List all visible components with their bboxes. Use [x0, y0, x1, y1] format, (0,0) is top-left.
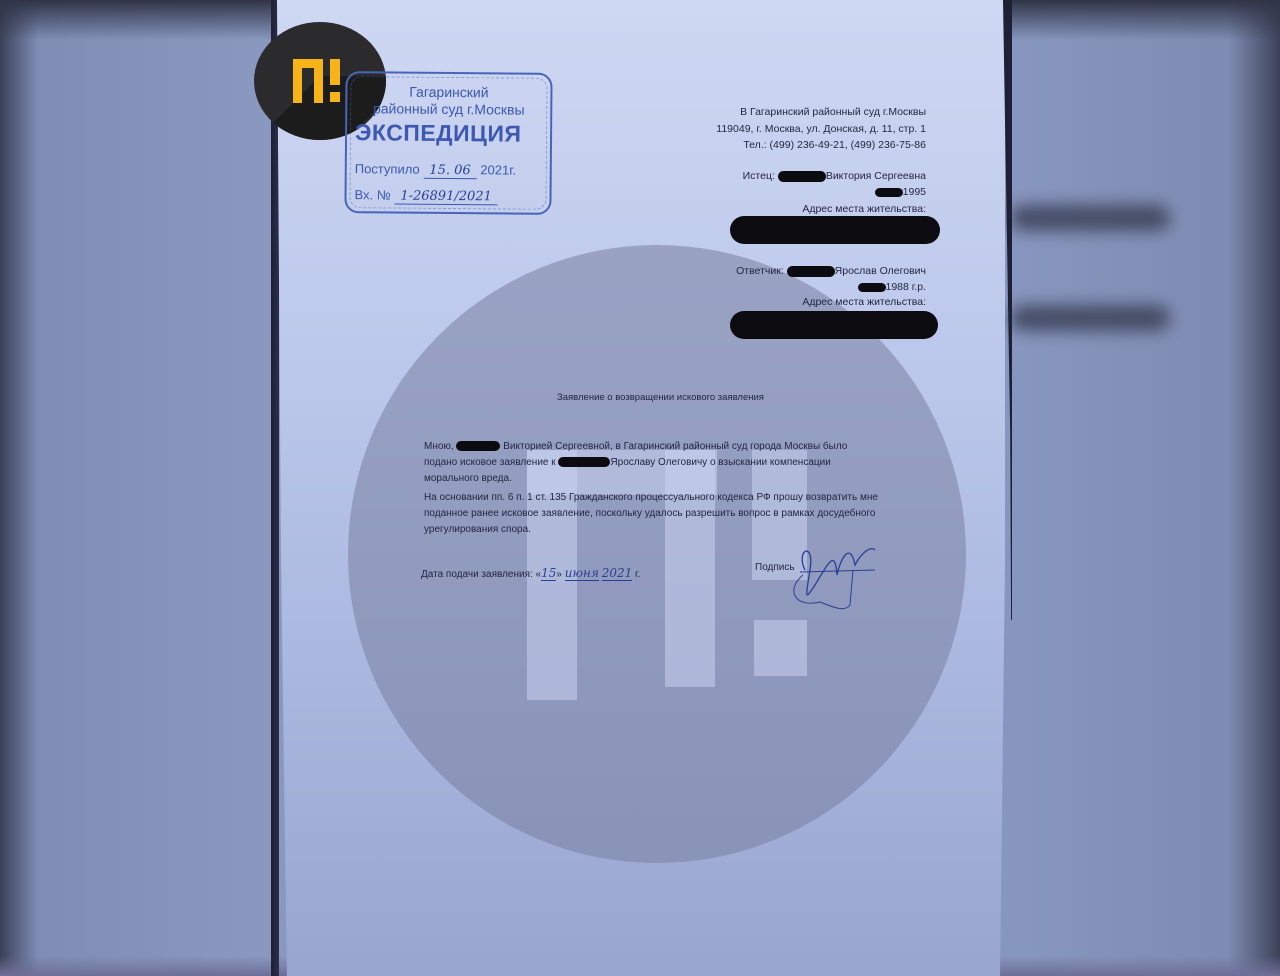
stamp-title: ЭКСПЕДИЦИЯ [355, 119, 522, 147]
paragraph-1: Мною, Викторией Сергеевной, в Гагарински… [424, 439, 914, 487]
stamp-incoming-row: Вх. № 1-26891/2021 [354, 187, 497, 204]
addressee-court: В Гагаринский районный суд г.Москвы [740, 106, 926, 118]
defendant-line: Ответчик: Ярослав Олегович [736, 265, 926, 277]
handwritten-signature [775, 530, 885, 615]
redaction [730, 311, 938, 339]
redaction [875, 188, 903, 197]
court-stamp: Гагаринский районный суд г.Москвы ЭКСПЕД… [344, 71, 552, 215]
redaction [730, 216, 940, 244]
date-year: 2021 [602, 566, 633, 581]
document-title: Заявление о возвращении искового заявлен… [557, 392, 764, 403]
addressee-phone: Тел.: (499) 236-49-21, (499) 236-75-86 [743, 139, 926, 151]
stamp-received-row: Поступило 15. 06 2021г. [355, 161, 516, 178]
defendant-address-label: Адрес места жительства: [802, 296, 926, 308]
defendant-name: Ярослав Олегович [835, 265, 926, 277]
stamp-received-date: 15. 06 [423, 163, 476, 179]
stamp-court-line1: Гагаринский [347, 83, 550, 101]
redaction [787, 266, 835, 277]
plaintiff-line: Истец: Виктория Сергеевна [743, 170, 926, 182]
addressee-address: 119049, г. Москва, ул. Донская, д. 11, с… [716, 123, 926, 135]
plaintiff-address-label: Адрес места жительства: [802, 203, 926, 215]
redaction [858, 283, 886, 292]
defendant-birth: 1988 г.р. [858, 281, 927, 293]
redaction [456, 441, 500, 451]
paper-edge [271, 0, 279, 976]
plaintiff-birth: 1995 [875, 186, 926, 198]
redaction [558, 457, 610, 467]
stamp-court-line2: районный суд г.Москвы [347, 100, 550, 118]
date-month: июня [565, 566, 599, 581]
redaction [778, 171, 826, 182]
plaintiff-name: Виктория Сергеевна [826, 170, 926, 182]
watermark-glyph [754, 620, 807, 676]
filing-date: Дата подачи заявления: «15» июня 2021 г. [421, 566, 640, 580]
stamp-incoming-number: 1-26891/2021 [394, 189, 498, 206]
date-day: 15 [541, 566, 556, 581]
